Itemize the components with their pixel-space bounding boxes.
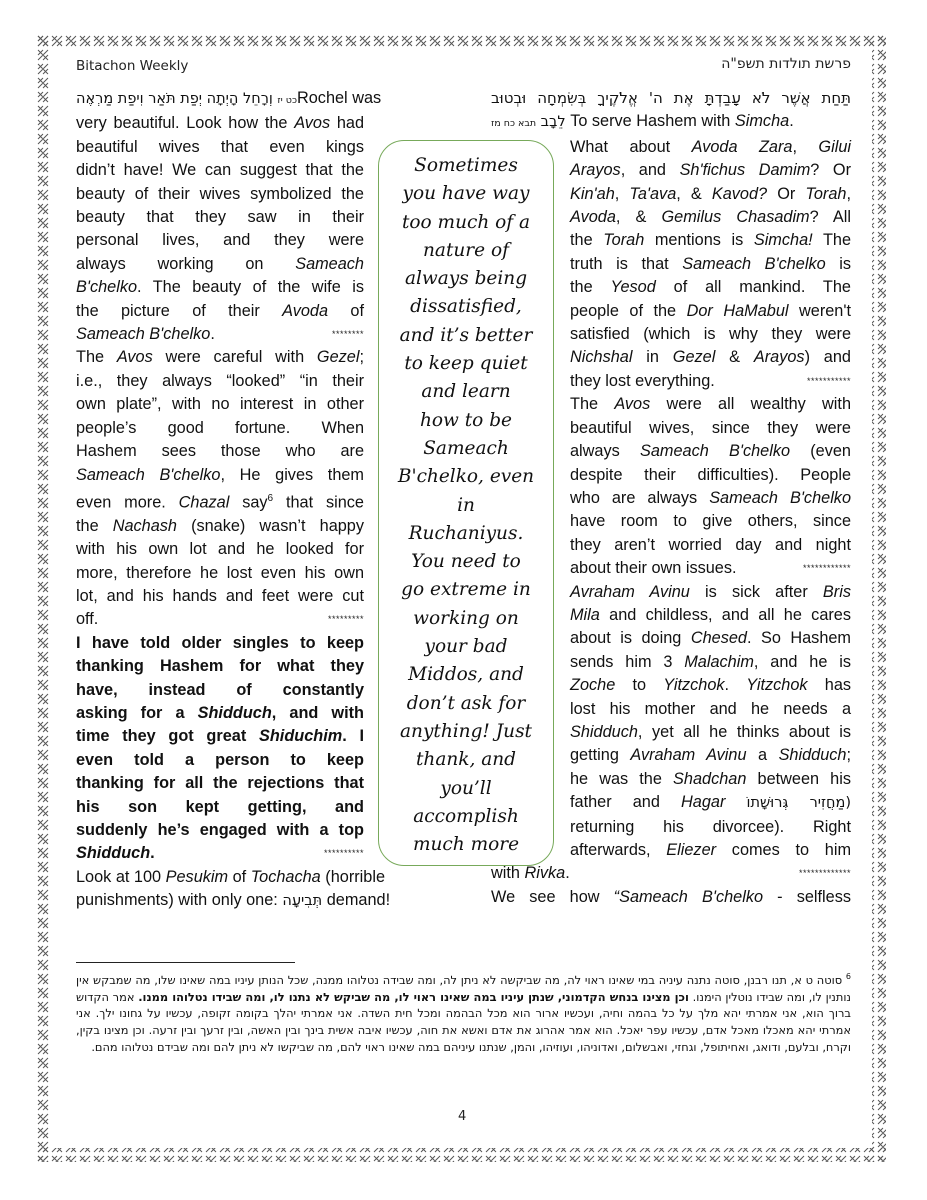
text-line: the picture of their Avoda of [76,300,364,323]
text-line: Avoda, & Gemilus Chasadim? All [570,206,851,229]
footnote-ref[interactable]: 6 [268,493,274,504]
text-line: The Avos were all wealthy with [570,393,851,416]
text-line: beauty of their wives symbolized the [76,183,364,206]
text-line: beautiful wives, since they were [570,417,851,440]
text-line: own plate”, with no interest in other [76,393,364,416]
text-line: with Rivka.************* [491,862,851,885]
text-line: Avraham Avinu is sick after Bris [570,581,851,604]
text-line: always Sameach B'chelko (even [570,440,851,463]
text-line: thanking for all the rejections that [76,772,364,795]
text-line: Mila and childless, and all he cares [570,604,851,627]
text-line: very beautiful. Look how the Avos had [76,112,364,135]
section-separator: ************* [799,862,851,885]
section-separator: ********** [324,842,364,865]
text-line: returning his divorcee). Right [570,816,851,839]
text-line: beautiful wives that even kings [76,136,364,159]
text-line: Shidduch.********** [76,842,364,865]
text-line: Nichshal in Gezel & Arayos) and [570,346,851,369]
text-line: they lost everything.*********** [570,370,851,393]
footnote-divider [76,962,295,963]
text-line: תבא כח מז לֵבָב To serve Hashem with Sim… [491,110,851,135]
text-line: always working on Sameach [76,253,364,276]
text-line: Sameach B'chelko.******** [76,323,364,346]
text-line: Kin'ah, Ta'ava, & Kavod? Or Torah, [570,183,851,206]
text-line: they aren’t worried day and night [570,534,851,557]
text-line: תַּחַת אֲשֶׁר לֹא עָבַדְתָּ אֶת ה' אֱלֹק… [491,87,851,110]
text-line: punishments) with only one: תְּבִיעָה de… [76,889,364,913]
text-line: have, instead of constantly [76,679,364,702]
text-line: despite their difficulties). People [570,464,851,487]
text-line: his son kept getting, and [76,796,364,819]
section-separator: ********* [328,608,364,631]
page-number: 4 [458,1109,466,1124]
text-line: B'chelko. The beauty of the wife is [76,276,364,299]
text-line: even more. Chazal say6 that since [76,487,364,515]
text-line: didn’t have! We can suggest that the [76,159,364,182]
section-separator: ******** [332,323,364,346]
text-line: beauty that they saw in their [76,206,364,229]
text-line: even told a person to keep [76,749,364,772]
text-line: Hashem sees those who are [76,440,364,463]
text-line: thanking Hashem for what they [76,655,364,678]
text-line: lost his mother and he needs a [570,698,851,721]
text-line: off.********* [76,608,364,631]
footnote: 6 סוטה ט א, תנו רבנן, סוטה נתנה עיניה במ… [76,969,851,1055]
text-line: Look at 100 Pesukim of Tochacha (horribl… [76,866,364,889]
right-column: תַּחַת אֲשֶׁר לֹא עָבַדְתָּ אֶת ה' אֱלֹק… [491,87,851,909]
text-line: sends him 3 Malachim, and he is [570,651,851,674]
text-line: afterwards, Eliezer comes to him [570,839,851,862]
text-line: Zoche to Yitzchok. Yitzchok has [570,674,851,697]
left-column: וְרָחֵל הָיְתָה יְפַת תֹּאַר וִיפַת מַרְ… [76,87,364,914]
text-line: The Avos were careful with Gezel; [76,346,364,369]
text-line: asking for a Shidduch, and with [76,702,364,725]
text-line: Sameach B'chelko, He gives them [76,464,364,487]
text-line: וְרָחֵל הָיְתָה יְפַת תֹּאַר וִיפַת מַרְ… [76,87,364,112]
section-separator: ************ [803,557,851,580]
section-separator: *********** [807,370,851,393]
footnote-number: 6 [846,972,851,981]
text-line: the Nachash (snake) wasn’t happy [76,515,364,538]
text-line: Shidduch, yet all he thinks about is [570,721,851,744]
text-line: What about Avoda Zara, Gilui [570,136,851,159]
text-line: getting Avraham Avinu a Shidduch; [570,744,851,767]
text-line: We see how “Sameach B'chelko - selfless [491,886,851,909]
text-line: I have told older singles to keep [76,632,364,655]
text-line: people of the Dor HaMabul weren't [570,300,851,323]
text-line: with his own lot and he looked for [76,538,364,561]
text-line: more, therefore he lost even his own [76,562,364,585]
text-line: who are always Sameach B'chelko [570,487,851,510]
text-line: i.e., they always “looked” “in their [76,370,364,393]
text-line: have room to give others, since [570,510,851,533]
text-line: satisfied (which is why they were [570,323,851,346]
text-line: time they got great Shiduchim. I [76,725,364,748]
text-line: truth is that Sameach B'chelko is [570,253,851,276]
text-line: he was the Shadchan between his [570,768,851,791]
text-line: personal lives, and they were [76,229,364,252]
text-line: father and Hagar (מַחֲזִיר גְּרוּשָׁתוֹ [570,791,851,815]
text-line: lot, and his hands and feet were cut [76,585,364,608]
text-line: about is doing Chesed. So Hashem [570,627,851,650]
text-line: people’s good fortune. When [76,417,364,440]
text-line: Arayos, and Sh'fichus Damim? Or [570,159,851,182]
text-line: the Yesod of all mankind. The [570,276,851,299]
text-line: the Torah mentions is Simcha! The [570,229,851,252]
parsha-title: פרשת תולדות תשפ"ה [721,56,851,72]
publication-title: Bitachon Weekly [76,58,188,74]
text-line: suddenly he’s engaged with a top [76,819,364,842]
text-line: about their own issues.************ [570,557,851,580]
